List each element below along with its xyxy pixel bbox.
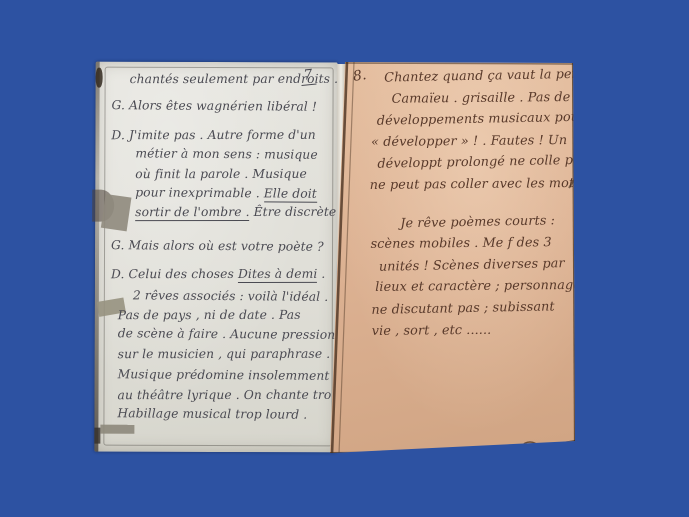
manuscript-line: sortir de l'ombre . Être discrète. (111, 203, 331, 223)
manuscript-segment: Chantez quand ça vaut la peine . (384, 66, 600, 85)
left-page-binding-edge (94, 62, 99, 452)
manuscript-line: D. J'imite pas . Autre forme d'un (111, 126, 331, 146)
manuscript-segment: D. Celui des choses (111, 267, 238, 281)
notebook-left-page: 7 chantés seulement par endroits .G. Alo… (94, 62, 337, 453)
manuscript-line: D. Celui des choses Dites à demi . (111, 265, 331, 285)
manuscript-line: G. Mais alors où est votre poète ? (111, 236, 331, 257)
manuscript-segment: de scène à faire . Aucune pression (118, 327, 336, 343)
manuscript-segment: ne peut pas coller avec les mots . (370, 176, 590, 193)
manuscript-segment: unités ! Scènes diverses par (379, 256, 565, 275)
manuscript-segment: au théâtre lyrique . On chante trop (118, 387, 340, 401)
manuscript-segment: sur le musicien , qui paraphrase . (118, 347, 331, 361)
manuscript-line: métier à mon sens : musique (111, 144, 331, 165)
notebook-photo: 7 chantés seulement par endroits .G. Alo… (93, 60, 578, 456)
manuscript-segment: Je rêve poèmes courts : (400, 213, 555, 231)
manuscript-segment: Habillage musical trop lourd . (117, 406, 307, 421)
manuscript-line: où finit la parole . Musique (111, 164, 331, 184)
manuscript-segment: chantés seulement par endroits . (130, 72, 338, 86)
manuscript-segment: scènes mobiles . Me f des 3 (370, 235, 551, 252)
manuscript-line: G. Alors êtes wagnérien libéral ! (111, 97, 331, 118)
manuscript-line: ne peut pas coller avec les mots . (368, 173, 568, 197)
manuscript-segment: « développer » ! . Fautes ! Un (371, 133, 567, 150)
manuscript-line: ne discutant pas ; subissant (369, 296, 569, 321)
manuscript-segment: développt prolongé ne colle pas , (377, 153, 595, 172)
manuscript-line: Habillage musical trop lourd . (110, 404, 330, 425)
manuscript-line: développt prolongé ne colle pas , (367, 150, 567, 175)
manuscript-segment: G. Mais alors où est votre poète ? (111, 238, 324, 254)
manuscript-segment: pour inexprimable . (135, 185, 264, 200)
manuscript-segment: sortir de l'ombre . (135, 205, 249, 221)
manuscript-line: sur le musicien , qui paraphrase . (111, 345, 331, 365)
manuscript-segment: Pas de pays , ni de date . Pas (118, 308, 301, 322)
manuscript-line: Je rêve poèmes courts : (368, 210, 568, 235)
manuscript-segment: Être discrète. (250, 205, 341, 219)
notebook-right-page: 8. Chantez quand ça vaut la peine .Camaï… (323, 60, 578, 456)
tape-fragment (100, 425, 134, 434)
manuscript-line: développements musicaux pour (367, 107, 567, 132)
manuscript-segment: D. J'imite pas . Autre forme d'un (111, 128, 315, 142)
manuscript-segment: Elle doit (264, 186, 317, 202)
left-page-text: chantés seulement par endroits .G. Alors… (110, 70, 331, 425)
manuscript-segment: lieux et caractère ; personnages (375, 278, 588, 295)
manuscript-segment: métier à mon sens : musique (135, 147, 317, 162)
manuscript-line: chantés seulement par endroits . (112, 70, 332, 90)
manuscript-segment: Dites à demi (238, 267, 317, 283)
manuscript-segment: Musique prédomine insolemment (118, 367, 330, 383)
manuscript-line: scènes mobiles . Me f des 3 (368, 232, 568, 256)
manuscript-segment: où finit la parole . Musique (135, 166, 307, 180)
manuscript-segment: . (317, 267, 325, 281)
right-page-text: Chantez quand ça vaut la peine .Camaïeu … (366, 65, 570, 343)
manuscript-segment: 2 rêves associés : voilà l'idéal . (133, 288, 328, 304)
manuscript-line: Camaïeu . grisaille . Pas de (366, 87, 566, 111)
ink-smudge (96, 68, 103, 88)
manuscript-line: pour inexprimable . Elle doit (111, 183, 331, 204)
manuscript-line: 2 rêves associés : voilà l'idéal . (111, 286, 331, 307)
manuscript-segment: développements musicaux pour (377, 110, 586, 129)
manuscript-line: vie , sort , etc ...... (370, 319, 570, 343)
manuscript-segment: ne discutant pas ; subissant (371, 299, 555, 318)
manuscript-segment: Camaïeu . grisaille . Pas de (391, 90, 570, 107)
manuscript-segment: G. Alors êtes wagnérien libéral ! (111, 99, 316, 115)
manuscript-line: Pas de pays , ni de date . Pas (111, 306, 331, 326)
manuscript-line: Chantez quand ça vaut la peine . (366, 64, 566, 89)
manuscript-segment: vie , sort , etc ...... (372, 322, 492, 338)
manuscript-line: de scène à faire . Aucune pression (111, 325, 331, 346)
manuscript-line: Musique prédomine insolemment (111, 365, 331, 386)
manuscript-line: au théâtre lyrique . On chante trop (111, 386, 331, 406)
manuscript-line: lieux et caractère ; personnages (369, 275, 569, 299)
